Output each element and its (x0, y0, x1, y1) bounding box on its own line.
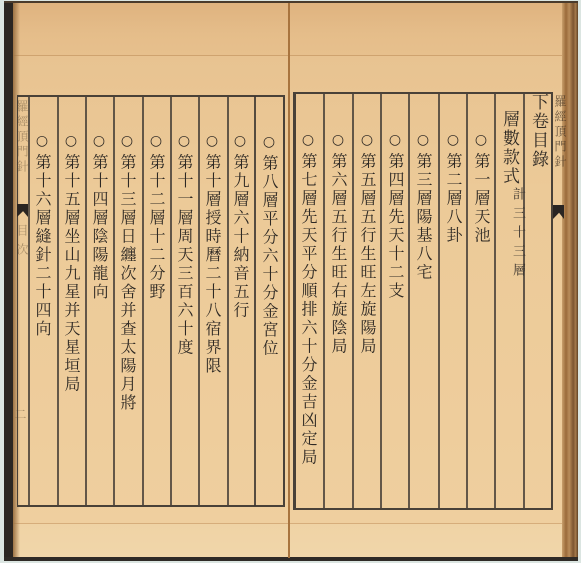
margin-title-left: 羅經頂門針 (16, 100, 28, 175)
toc-entry-layer-3: ○第三層陽基八宅 (415, 132, 431, 282)
circle-marker-icon: ○ (359, 132, 375, 153)
toc-entry-layer-10: ○第十層授時曆二十八宿界限 (204, 133, 220, 376)
column-rule (408, 93, 410, 509)
center-fold (288, 3, 290, 558)
entry-text: 第八層平分六十分金宮位 (260, 155, 279, 359)
circle-marker-icon: ○ (34, 133, 50, 154)
circle-marker-icon: ○ (300, 132, 316, 153)
column-rule (380, 93, 382, 509)
subheading: 層數款式 (500, 110, 517, 186)
toc-entry-layer-1: ○第一層天池 (473, 132, 489, 245)
circle-marker-icon: ○ (148, 133, 164, 154)
toc-entry-layer-11: ○第十一層周天三百六十度 (176, 133, 192, 357)
circle-marker-icon: ○ (415, 132, 431, 153)
column-rule (523, 93, 525, 509)
entry-text: 第三層陽基八宅 (414, 153, 433, 283)
column-rule (254, 96, 256, 506)
circle-marker-icon: ○ (261, 134, 277, 155)
toc-entry-layer-2: ○第二層八卦 (445, 132, 461, 245)
entry-text: 第十二層十二分野 (147, 154, 166, 302)
book-bottom-edge (4, 557, 578, 561)
circle-marker-icon: ○ (473, 132, 489, 153)
entry-text: 第二層八卦 (444, 153, 463, 246)
page-number: 二 (14, 408, 26, 423)
circle-marker-icon: ○ (330, 132, 346, 153)
circle-marker-icon: ○ (232, 133, 248, 154)
column-rule (85, 96, 87, 506)
margin-title-right: 羅經頂門針 (554, 95, 566, 170)
section-heading: 下卷目錄 (529, 93, 546, 169)
entry-text: 第十五層坐山九星并天星垣局 (62, 154, 81, 395)
entry-text: 第一層天池 (472, 153, 491, 246)
entry-text: 第十層授時曆二十八宿界限 (203, 154, 222, 376)
column-rule (438, 93, 440, 509)
toc-entry-layer-14: ○第十四層陰陽龍向 (91, 133, 107, 302)
circle-marker-icon: ○ (176, 133, 192, 154)
toc-entry-layer-4: ○第四層先天十二支 (387, 132, 403, 301)
entry-text: 第九層六十納音五行 (231, 154, 250, 321)
entry-text: 第十一層周天三百六十度 (175, 154, 194, 358)
column-rule (142, 96, 144, 506)
column-rule (466, 93, 468, 509)
circle-marker-icon: ○ (91, 133, 107, 154)
toc-entry-layer-9: ○第九層六十納音五行 (232, 133, 248, 320)
column-rule (57, 96, 59, 506)
entry-text: 第十四層陰陽龍向 (90, 154, 109, 302)
subheading-note: 計三十三層 (511, 187, 524, 282)
toc-entry-layer-7: ○第七層先天平分順排六十分金吉凶定局 (300, 132, 316, 467)
circle-marker-icon: ○ (445, 132, 461, 153)
circle-marker-icon: ○ (119, 133, 135, 154)
margin-section-label: 目次 (16, 224, 28, 262)
circle-marker-icon: ○ (204, 133, 220, 154)
entry-text: 第四層先天十二支 (386, 153, 405, 301)
entry-text: 第七層先天平分順排六十分金吉凶定局 (299, 153, 318, 468)
column-rule (323, 93, 325, 509)
column-rule (227, 96, 229, 506)
column-rule (113, 96, 115, 506)
column-rule (494, 93, 496, 509)
column-rule (198, 96, 200, 506)
circle-marker-icon: ○ (387, 132, 403, 153)
entry-text: 第十三層日纏次舍并查太陽月將 (118, 154, 137, 413)
toc-entry-layer-16: ○第十六層縫針二十四向 (34, 133, 50, 339)
entry-text: 第六層五行生旺右旋陰局 (329, 153, 348, 357)
toc-entry-layer-6: ○第六層五行生旺右旋陰局 (330, 132, 346, 356)
entry-text: 第十六層縫針二十四向 (33, 154, 52, 339)
toc-entry-layer-8: ○第八層平分六十分金宮位 (261, 134, 277, 358)
toc-entry-layer-5: ○第五層五行生旺左旋陽局 (359, 132, 375, 356)
column-rule (352, 93, 354, 509)
toc-entry-layer-12: ○第十二層十二分野 (148, 133, 164, 302)
entry-text: 第五層五行生旺左旋陽局 (358, 153, 377, 357)
toc-entry-layer-15: ○第十五層坐山九星并天星垣局 (63, 133, 79, 394)
circle-marker-icon: ○ (63, 133, 79, 154)
toc-entry-layer-13: ○第十三層日纏次舍并查太陽月將 (119, 133, 135, 413)
column-rule (170, 96, 172, 506)
page-stack-edge (562, 3, 578, 558)
